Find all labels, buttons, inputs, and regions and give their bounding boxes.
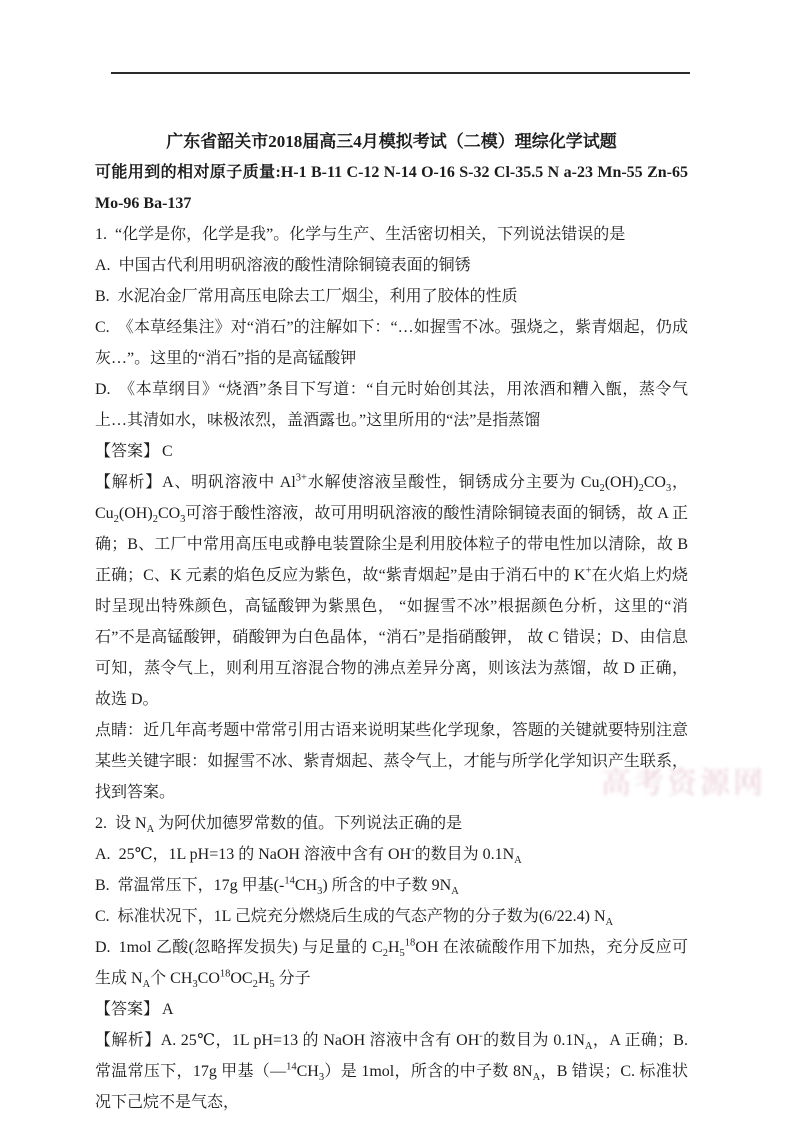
option-c-label: C. <box>95 908 118 925</box>
question-2-option-a: A.25℃，1L pH=13 的 NaOH 溶液中含有 OH-的数目为 0.1N… <box>95 839 688 870</box>
option-b-label: B. <box>95 877 118 894</box>
option-d-text: 1mol 乙酸(忽略挥发损失) 与足量的 C2H518OH 在浓硫酸作用下加热，… <box>95 939 688 987</box>
option-c-text: 标准状况下，1L 己烷充分燃烧后生成的气态产物的分子数为(6/22.4) NA <box>118 908 613 925</box>
question-2-stem: 2.设 NA 为阿伏加德罗常数的值。下列说法正确的是 <box>95 808 688 839</box>
option-d-label: D. <box>95 381 119 398</box>
answer-tag: 【答案】 <box>95 443 162 460</box>
question-1-analysis: 【解析】A、明矾溶液中 Al3+水解使溶液呈酸性，铜锈成分主要为 Cu2(OH)… <box>95 467 688 715</box>
question-2-option-d: D.1mol 乙酸(忽略挥发损失) 与足量的 C2H518OH 在浓硫酸作用下加… <box>95 932 688 994</box>
document-title: 广东省韶关市2018届高三4月模拟考试（二模）理综化学试题 <box>95 126 688 157</box>
question-2-number: 2. <box>95 815 115 832</box>
option-a-label: A. <box>95 846 119 863</box>
option-d-label: D. <box>95 939 119 956</box>
question-1-stem-text: “化学是你，化学是我”。化学与生产、生活密切相关，下列说法错误的是 <box>115 226 625 243</box>
exam-page: 高考资源网 广东省韶关市2018届高三4月模拟考试（二模）理综化学试题 可能用到… <box>0 0 800 1132</box>
question-1-option-a: A.中国古代利用明矾溶液的酸性清除铜镜表面的铜锈 <box>95 250 688 281</box>
option-a-text: 中国古代利用明矾溶液的酸性清除铜镜表面的铜锈 <box>119 257 471 274</box>
question-1-option-c: C.《本草经集注》对“消石”的注解如下：“…如握雪不冰。强烧之，紫青烟起，仍成灰… <box>95 312 688 374</box>
option-b-label: B. <box>95 288 118 305</box>
answer-value: A <box>162 1001 174 1018</box>
question-2-option-b: B.常温常压下，17g 甲基(-14CH3) 所含的中子数 9NA <box>95 870 688 901</box>
analysis-text: A、明矾溶液中 Al3+水解使溶液呈酸性，铜锈成分主要为 Cu2(OH)2CO3… <box>95 474 688 708</box>
option-b-text: 常温常压下，17g 甲基(-14CH3) 所含的中子数 9NA <box>118 877 459 894</box>
header-rule <box>111 72 690 74</box>
question-1-option-b: B.水泥冶金厂常用高压电除去工厂烟尘，利用了胶体的性质 <box>95 281 688 312</box>
option-b-text: 水泥冶金厂常用高压电除去工厂烟尘，利用了胶体的性质 <box>118 288 518 305</box>
analysis-text: A. 25℃，1L pH=13 的 NaOH 溶液中含有 OH-的数目为 0.1… <box>95 1032 688 1111</box>
question-2-option-c: C.标准状况下，1L 己烷充分燃烧后生成的气态产物的分子数为(6/22.4) N… <box>95 901 688 932</box>
atomic-masses-note: 可能用到的相对原子质量:H-1 B-11 C-12 N-14 O-16 S-32… <box>95 157 688 219</box>
answer-value: C <box>162 443 173 460</box>
option-c-text: 《本草经集注》对“消石”的注解如下：“…如握雪不冰。强烧之，紫青烟起，仍成灰…”… <box>95 319 688 367</box>
option-c-label: C. <box>95 319 118 336</box>
question-1-tip: 点睛：近几年高考题中常常引用古语来说明某些化学现象，答题的关键就要特别注意某些关… <box>95 715 688 808</box>
question-1-stem: 1.“化学是你，化学是我”。化学与生产、生活密切相关，下列说法错误的是 <box>95 219 688 250</box>
option-a-label: A. <box>95 257 119 274</box>
question-2-analysis: 【解析】A. 25℃，1L pH=13 的 NaOH 溶液中含有 OH-的数目为… <box>95 1025 688 1118</box>
answer-tag: 【答案】 <box>95 1001 162 1018</box>
document-body: 广东省韶关市2018届高三4月模拟考试（二模）理综化学试题 可能用到的相对原子质… <box>95 126 688 1118</box>
question-2-stem-text: 设 NA 为阿伏加德罗常数的值。下列说法正确的是 <box>115 815 462 832</box>
question-1: 1.“化学是你，化学是我”。化学与生产、生活密切相关，下列说法错误的是 A.中国… <box>95 219 688 808</box>
analysis-tag: 【解析】 <box>95 474 162 491</box>
analysis-tag: 【解析】 <box>95 1032 161 1049</box>
option-a-text: 25℃，1L pH=13 的 NaOH 溶液中含有 OH-的数目为 0.1NA <box>119 846 522 863</box>
question-1-option-d: D.《本草纲目》“烧酒”条目下写道：“自元时始创其法，用浓酒和糟入甑，蒸令气上…… <box>95 374 688 436</box>
question-2: 2.设 NA 为阿伏加德罗常数的值。下列说法正确的是 A.25℃，1L pH=1… <box>95 808 688 1118</box>
question-1-answer-line: 【答案】C <box>95 436 688 467</box>
question-1-number: 1. <box>95 226 115 243</box>
question-2-answer-line: 【答案】A <box>95 994 688 1025</box>
option-d-text: 《本草纲目》“烧酒”条目下写道：“自元时始创其法，用浓酒和糟入甑，蒸令气上…其清… <box>95 381 688 429</box>
